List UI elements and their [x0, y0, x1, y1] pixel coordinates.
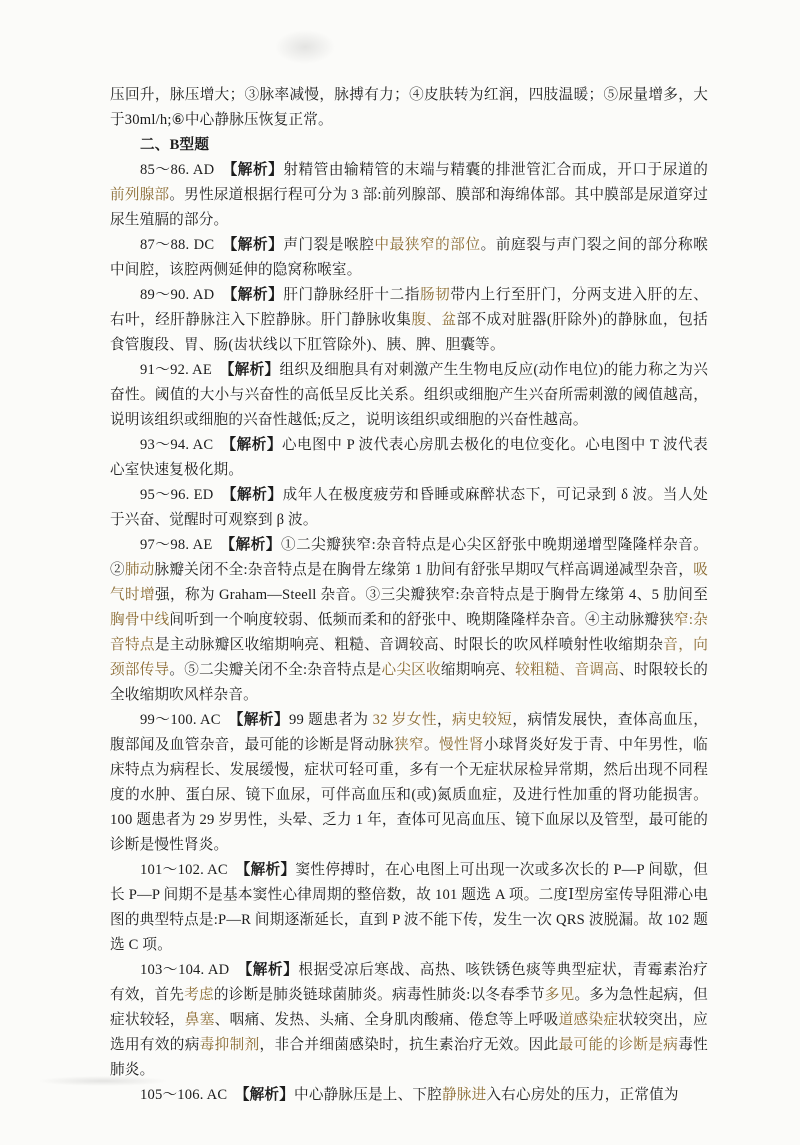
text-run: 间听到一个响度较弱、低频而柔和的舒张中、晚期隆隆样杂音。④主动脉瓣狭: [169, 612, 674, 628]
text-run: 肝门静脉经肝十二指: [283, 287, 420, 303]
text-run: 强，称为 Graham—Steell 杂音。③三尖瓣狭窄:杂音特点是于胸骨左缘第…: [155, 587, 708, 603]
highlighted-text-run: 腹、盆: [411, 312, 456, 328]
highlighted-text-run: 中最狭窄的部位: [374, 237, 480, 253]
para-95-96: 95～96. ED 【解析】成年人在极度疲劳和昏睡或麻醉状态下，可记录到 δ 波…: [110, 483, 708, 533]
para-91-92: 91～92. AE 【解析】组织及细胞具有对刺激产生生物电反应(动作电位)的能力…: [110, 358, 708, 433]
highlighted-text-run: 狭窄: [394, 737, 424, 753]
para-85-86: 85～86. AD 【解析】射精管由输精管的末端与精囊的排泄管汇合而成，开口于尿…: [110, 158, 708, 233]
bold-text-run: 【解析】: [230, 287, 283, 303]
bold-text-run: 二、B型题: [140, 137, 209, 153]
bold-text-run: 【解析】: [230, 162, 283, 178]
text-run: 91～92. AE: [140, 362, 227, 378]
bold-text-run: 【解析】: [229, 487, 282, 503]
para-87-88: 87～88. DC 【解析】声门裂是喉腔中最狭窄的部位。前庭裂与声门裂之间的部分…: [110, 233, 708, 283]
para-105-106: 105～106. AC 【解析】中心静脉压是上、下腔静脉进入右心房处的压力，正常…: [110, 1083, 708, 1108]
highlighted-text-run: 道感染症: [559, 1012, 619, 1028]
text-run: 89～90. AD: [140, 287, 230, 303]
text-run: 87～88. DC: [140, 237, 230, 253]
section-heading-b-type: 二、B型题: [110, 133, 708, 158]
text-run: 脉瓣关闭不全:杂音特点是在胸骨左缘第 1 肋间有舒张早期叹气样高调递减型杂音，: [155, 562, 694, 578]
highlighted-text-run: 胸骨中线: [110, 612, 169, 628]
text-run: 93～94. AC: [140, 437, 229, 453]
text-run: 105～106. AC: [140, 1087, 242, 1103]
text-run: ，: [437, 712, 452, 728]
text-run: 97～98. AE: [140, 537, 228, 553]
scan-smudge: [275, 30, 335, 64]
text-run: 。男性尿道根据行程可分为 3 部:前列腺部、膜部和海绵体部。其中膜部是尿道穿过尿…: [110, 187, 708, 228]
bold-text-run: 【解析】: [242, 1087, 294, 1103]
bold-text-run: 【解析】: [228, 537, 281, 553]
highlighted-text-run: 静脉进: [442, 1087, 486, 1103]
para-continuation: 压回升，脉压增大；③脉率减慢，脉搏有力；④皮肤转为红润，四肢温暖；⑤尿量增多，大…: [110, 83, 708, 133]
text-run: 是主动脉瓣区收缩期响亮、粗糙、音调较高、时限长的吹风样喷射性收缩期杂: [155, 637, 663, 653]
text-run: 声门裂是喉腔: [283, 237, 374, 253]
text-run: 85～86. AD: [140, 162, 230, 178]
bold-text-run: 【解析】: [236, 712, 289, 728]
para-89-90: 89～90. AD 【解析】肝门静脉经肝十二指肠韧带内上行至肝门，分两支进入肝的…: [110, 283, 708, 358]
text-run: 中心静脉压是上、下腔: [294, 1087, 442, 1103]
text-run: 入右心房处的压力，正常值为: [486, 1087, 678, 1103]
scanned-document-page: 压回升，脉压增大；③脉率减慢，脉搏有力；④皮肤转为红润，四肢温暖；⑤尿量增多，大…: [0, 0, 800, 1145]
highlighted-text-run: 慢性肾: [439, 737, 484, 753]
highlighted-text-run: 毒抑制剂: [200, 1037, 260, 1053]
document-body: 压回升，脉压增大；③脉率减慢，脉搏有力；④皮肤转为红润，四肢温暖；⑤尿量增多，大…: [110, 83, 708, 1108]
highlighted-text-run: 32 岁女性: [373, 712, 437, 728]
para-101-102: 101～102. AC 【解析】窦性停搏时，在心电图上可出现一次或多次长的 P—…: [110, 858, 708, 958]
text-run: 103～104. AD: [140, 962, 245, 978]
text-run: 的诊断是肺炎链球菌肺炎。病毒性肺炎:以冬春季节: [214, 987, 545, 1003]
text-run: 、咽痛、发热、头痛、全身肌肉酸痛、倦怠等上呼吸: [215, 1012, 559, 1028]
text-run: 缩期响亮、: [441, 662, 515, 678]
highlighted-text-run: 多见: [545, 987, 575, 1003]
highlighted-text-run: 心尖区收: [381, 662, 440, 678]
text-run: 。: [424, 737, 439, 753]
highlighted-text-run: 病史较短: [452, 712, 512, 728]
para-93-94: 93～94. AC 【解析】心电图中 P 波代表心房肌去极化的电位变化。心电图中…: [110, 433, 708, 483]
bold-text-run: 【解析】: [227, 362, 279, 378]
highlighted-text-run: 肠韧: [420, 287, 450, 303]
bold-text-run: 【解析】: [230, 237, 283, 253]
text-run: 99 题患者为: [289, 712, 373, 728]
para-99-100: 99～100. AC 【解析】99 题患者为 32 岁女性，病史较短，病情发展快…: [110, 708, 708, 858]
text-run: 射精管由输精管的末端与精囊的排泄管汇合而成，开口于尿道的: [283, 162, 708, 178]
text-run: 压回升，脉压增大；③脉率减慢，脉搏有力；④皮肤转为红润，四肢温暖；⑤尿量增多，大…: [110, 87, 708, 128]
text-run: 95～96. ED: [140, 487, 229, 503]
text-run: 101～102. AC: [140, 862, 243, 878]
bold-text-run: 【解析】: [243, 862, 296, 878]
text-run: 小球肾炎好发于青、中年男性，临床特点为病程长、发展缓慢，症状可轻可重，多有一个无…: [110, 737, 708, 853]
text-run: 99～100. AC: [140, 712, 236, 728]
text-run: 。⑤二尖瓣关闭不全:杂音特点是: [169, 662, 381, 678]
highlighted-text-run: 较粗糙、音调高: [515, 662, 619, 678]
highlighted-text-run: 最可能的诊断是病: [559, 1037, 679, 1053]
highlighted-text-run: 肺动: [125, 562, 155, 578]
highlighted-text-run: 前列腺部: [110, 187, 169, 203]
bold-text-run: 【解析】: [229, 437, 282, 453]
highlighted-text-run: 考虑: [184, 987, 214, 1003]
para-103-104: 103～104. AD 【解析】根据受凉后寒战、高热、咳铁锈色痰等典型症状，青霉…: [110, 958, 708, 1083]
highlighted-text-run: 鼻塞: [185, 1012, 215, 1028]
para-97-98: 97～98. AE 【解析】①二尖瓣狭窄:杂音特点是心尖区舒张中晚期递增型隆隆样…: [110, 533, 708, 708]
bold-text-run: 【解析】: [245, 962, 298, 978]
text-run: ，非合并细菌感染时，抗生素治疗无效。因此: [260, 1037, 559, 1053]
